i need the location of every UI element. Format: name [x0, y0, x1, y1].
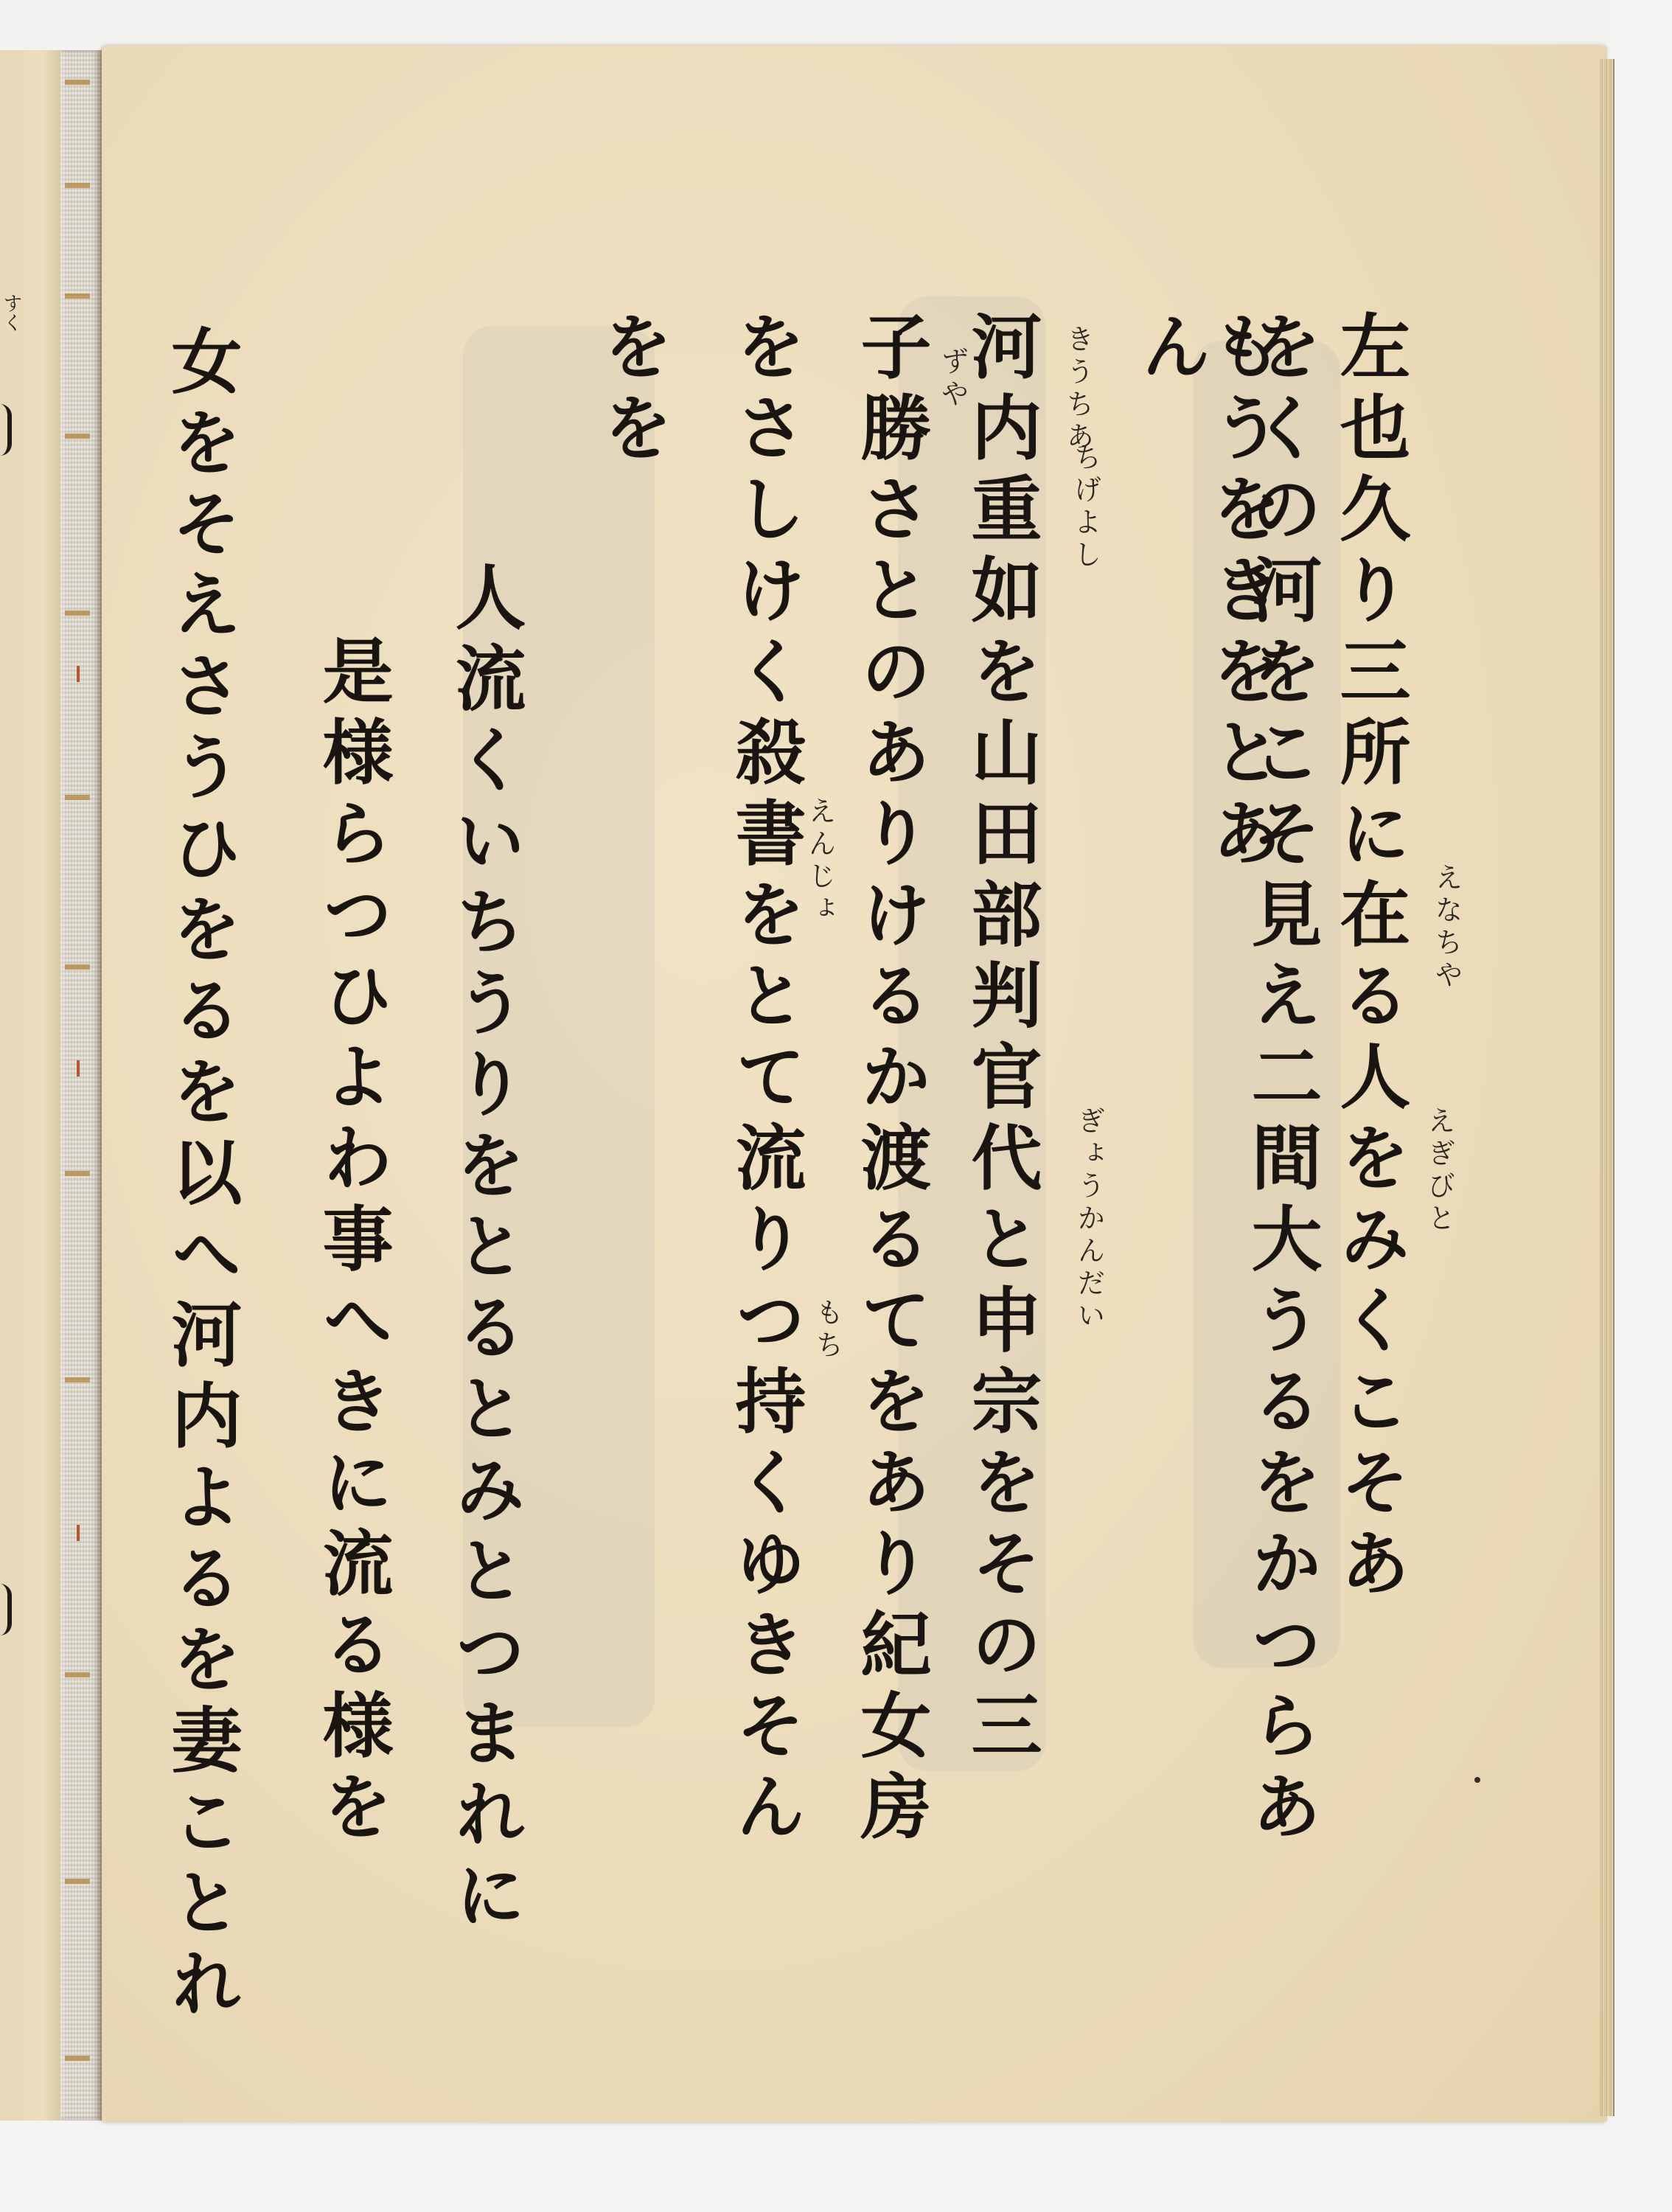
- text-column-6: をさしけく殺書をとて流りつ持くゆきそん: [730, 310, 801, 2094]
- binding-thread: [77, 666, 80, 682]
- text-column-9: 是様らつひよわ事へきに流る様を: [317, 634, 388, 2035]
- binding-thread: [77, 1525, 80, 1541]
- text-column-4: 河内重如を山田部判官代と申宗をその三: [966, 310, 1037, 2094]
- text-column-3: もうをきをとあん: [1135, 310, 1277, 914]
- furigana-annotation: えなちや: [1427, 863, 1467, 992]
- furigana-annotation: ぎょうかんだい: [1069, 1106, 1110, 1333]
- page-stack-edge: [1600, 59, 1614, 2116]
- furigana-annotation: ちげよし: [1065, 442, 1106, 572]
- text-column-1: 左也久り三所に在る人をみくこそあ: [1334, 310, 1405, 2094]
- scan-background-right: [1611, 0, 1672, 2212]
- left-facing-page: すく: [0, 50, 62, 2121]
- binding-thread: [77, 1060, 80, 1077]
- text-column-7: をを: [597, 310, 668, 501]
- text-column-10: 女をそえさうひをるを以へ河内よるを妻ことれ: [166, 324, 237, 2094]
- furigana-annotation: もち: [807, 1298, 848, 1363]
- text-column-5: 子勝さとのありけるか渡るてをあり紀女房: [855, 310, 926, 2094]
- furigana-annotation: えんじょ: [800, 796, 840, 926]
- furigana-annotation: えぎびと: [1419, 1106, 1460, 1236]
- scan-background-top: [0, 0, 1672, 52]
- left-page-ink-stroke: [0, 404, 12, 456]
- scan-background-bottom: [0, 2109, 1672, 2212]
- furigana-annotation: ずや: [933, 347, 973, 411]
- book-spine-binding: [60, 50, 102, 2121]
- left-page-ink-stroke: [0, 1584, 12, 1635]
- ink-speck: [1474, 1777, 1480, 1783]
- furigana-annotation: きうちあ: [1058, 324, 1098, 454]
- left-page-fragment-text: すく: [3, 293, 25, 332]
- text-column-8: 人流くいちうりをとるとみとつまれに: [450, 560, 520, 2035]
